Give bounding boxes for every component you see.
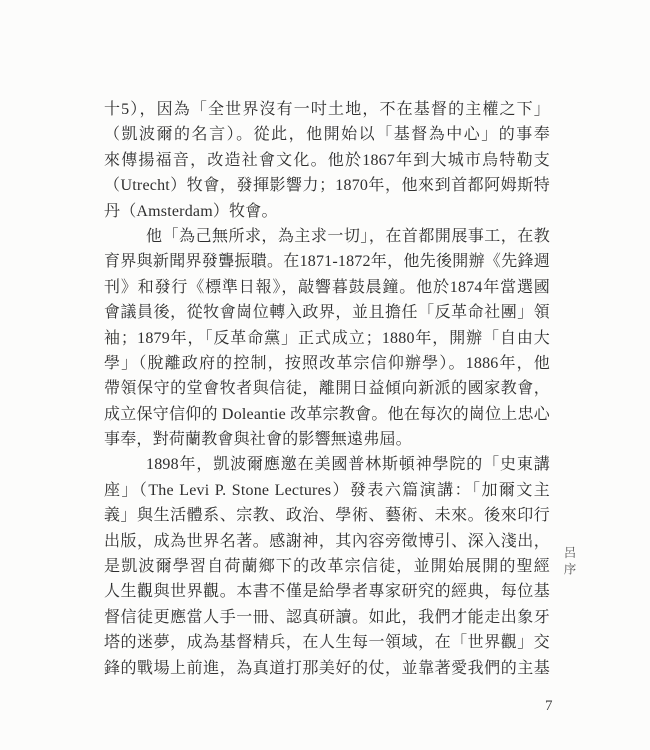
text-line: 1898年，凱波爾應邀在美國普林斯頓神學院的「史東講 xyxy=(104,452,550,477)
text-line: 座」（The Levi P. Stone Lectures）發表六篇演講：「加爾… xyxy=(104,478,550,503)
text-line: 袖；1879年，「反革命黨」正式成立；1880年，開辦「自由大 xyxy=(104,326,550,351)
text-line: 督信徒更應當人手一冊、認真研讀。如此，我們才能走出象牙 xyxy=(104,605,550,630)
text-line: 塔的迷夢，成為基督精兵，在人生每一領域，在「世界觀」交 xyxy=(104,630,550,655)
text-line: 出版，成為世界名著。感謝神，其內容旁徵博引、深入淺出， xyxy=(104,529,550,554)
text-line: 他「為己無所求，為主求一切」，在首都開展事工，在教 xyxy=(104,224,550,249)
text-line: 刊》和發行《標準日報》，敲響暮鼓晨鐘。他於1874年當選國 xyxy=(104,275,550,300)
text-line: 成立保守信仰的 Doleantie 改革宗教會。他在每次的崗位上忠心 xyxy=(104,402,550,427)
text-line: 義」與生活體系、宗教、政治、學術、藝術、未來。後來印行 xyxy=(104,503,550,528)
text-line: 會議員後，從牧會崗位轉入政界，並且擔任「反革命社團」領 xyxy=(104,300,550,325)
text-line: 人生觀與世界觀。本書不僅是給學者專家研究的經典，每位基 xyxy=(104,579,550,604)
chapter-margin-label: 呂序 xyxy=(560,546,578,579)
book-page: 十5），因為「全世界沒有一吋土地，不在基督的主權之下」（凱波爾的名言）。從此，他… xyxy=(0,0,650,750)
text-line: 育界與新聞界發聾振聵。在1871-1872年，他先後開辦《先鋒週 xyxy=(104,249,550,274)
text-line: 是凱波爾學習自荷蘭鄉下的改革宗信徒，並開始展開的聖經 xyxy=(104,554,550,579)
text-line: 鋒的戰場上前進，為真道打那美好的仗，並靠著愛我們的主基 xyxy=(104,656,550,681)
text-line: （凱波爾的名言）。從此，他開始以「基督為中心」的事奉 xyxy=(104,122,550,147)
text-line: 丹（Amsterdam）牧會。 xyxy=(104,199,550,224)
text-line: 來傳揚福音，改造社會文化。他於1867年到大城市烏特勒支 xyxy=(104,148,550,173)
text-line: 十5），因為「全世界沒有一吋土地，不在基督的主權之下」 xyxy=(104,97,550,122)
text-line: 學」（脫離政府的控制，按照改革宗信仰辦學）。1886年，他 xyxy=(104,351,550,376)
text-line: 事奉，對荷蘭教會與社會的影響無遠弗屆。 xyxy=(104,427,550,452)
body-text: 十5），因為「全世界沒有一吋土地，不在基督的主權之下」（凱波爾的名言）。從此，他… xyxy=(104,97,550,681)
text-line: （Utrecht）牧會，發揮影響力；1870年，他來到首都阿姆斯特 xyxy=(104,173,550,198)
text-line: 帶領保守的堂會牧者與信徒，離開日益傾向新派的國家教會， xyxy=(104,376,550,401)
page-number: 7 xyxy=(545,698,553,715)
